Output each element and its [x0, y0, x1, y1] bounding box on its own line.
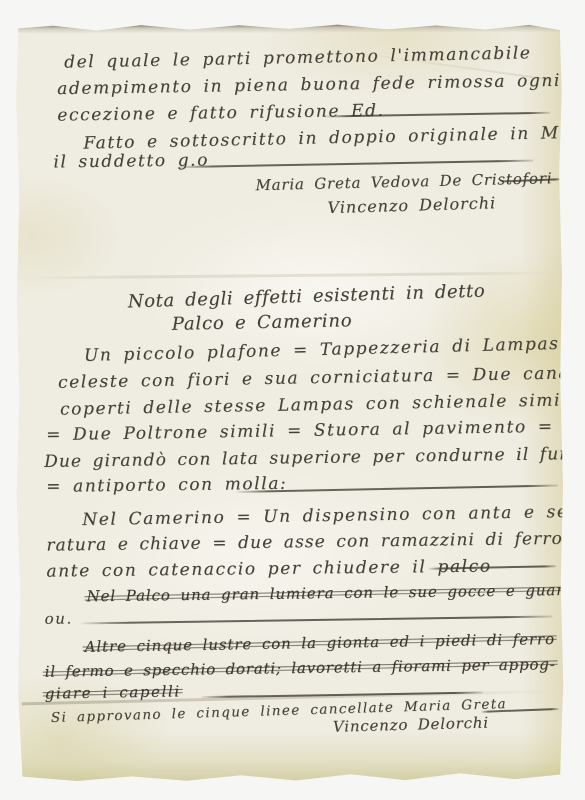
manuscript-line: il suddetto g.o: [53, 150, 209, 172]
manuscript-line: Nel Camerino = Un dispensino con anta e …: [82, 502, 585, 530]
ink-rule: [81, 615, 553, 624]
manuscript-line: ratura e chiave = due asse con ramazzini…: [46, 528, 585, 555]
manuscript-line: del quale le parti promettono l'immancab…: [64, 43, 532, 72]
manuscript-line: = Due Poltrone simili = Stuora al pavime…: [46, 417, 554, 445]
section-heading: Palco e Camerino: [172, 310, 353, 335]
manuscript-line: coperti delle stesse Lampas con schienal…: [60, 390, 580, 420]
manuscript-line: ante con catenaccio per chiudere il palc…: [46, 557, 491, 582]
manuscript-line: celeste con fiori e sua corniciatura = D…: [58, 363, 585, 393]
manuscript-line: Due girandò con lata superiore per condu…: [44, 444, 585, 472]
signature: Vincenzo Delorchi: [327, 193, 496, 217]
manuscript-line: ou.: [44, 609, 72, 627]
signature: Vincenzo Delorchi: [333, 714, 489, 736]
cancelled-line: giare i capelli: [45, 682, 181, 702]
paper-crease: [27, 271, 552, 279]
manuscript-line: Un piccolo plafone = Tappezzeria di Lamp…: [84, 334, 560, 366]
cancelled-line: Altre cinque lustre con la gionta ed i p…: [85, 630, 556, 656]
manuscript-line: Fatto e sottoscritto in doppio originale…: [83, 122, 585, 153]
manuscript-page: del quale le parti promettono l'immancab…: [15, 23, 564, 782]
document-photo: { "palette": { "backdrop": "#f6f6f4", "p…: [0, 0, 585, 800]
manuscript-line: eccezione e fatto rifusione Ed.: [57, 101, 385, 126]
ink-rule: [177, 160, 533, 169]
cancelled-line: il fermo e specchio dorati; lavoretti a …: [45, 655, 556, 681]
manuscript-line: = antiporto con molla:: [46, 474, 287, 497]
section-heading: Nota degli effetti esistenti in detto: [127, 280, 485, 312]
manuscript-line: adempimento in piena buona fede rimossa …: [57, 71, 561, 99]
cancelled-line: Nel Palco una gran lumiera con le sue go…: [86, 580, 585, 605]
